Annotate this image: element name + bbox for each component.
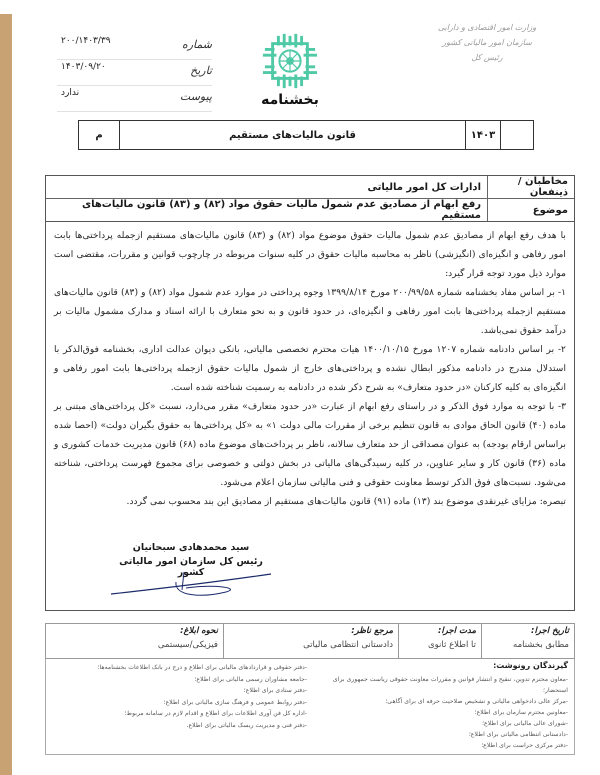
meta-number: شماره ۲۰۰/۱۴۰۳/۳۹ bbox=[57, 34, 212, 60]
meta-date: تاریخ ۱۴۰۳/۰۹/۲۰ bbox=[57, 60, 212, 86]
cc-item: -معاونین محترم سازمان برای اطلاع؛ bbox=[313, 707, 568, 718]
signer-name: سید محمدهادی سبحانیان bbox=[106, 542, 276, 553]
info-label: مدت اجرا: bbox=[404, 626, 476, 636]
meta-value: ۲۰۰/۱۴۰۳/۳۹ bbox=[61, 36, 111, 46]
body-note: تبصره: مزایای غیرنقدی موضوع بند (۱۳) ماد… bbox=[54, 492, 566, 511]
meta-attachment: پیوست ندارد bbox=[57, 86, 212, 112]
cc-item: -دفتر ستادی برای اطلاع؛ bbox=[52, 685, 307, 697]
law-bar-code: م bbox=[79, 121, 119, 149]
intamedia-tax-logo-icon bbox=[261, 32, 319, 90]
info-value: مطابق بخشنامه bbox=[487, 640, 569, 650]
cc-recipients: گیرندگان رونوشت: -معاون محترم تدوین، تنق… bbox=[45, 659, 575, 755]
info-cell-duration: مدت اجرا: تا اطلاع ثانوی bbox=[398, 624, 481, 658]
circular-document: وزارت امور اقتصادی و دارایی سازمان امور … bbox=[12, 0, 600, 775]
cc-item: -دفتر مرکزی حراست برای اطلاع؛ bbox=[313, 740, 568, 751]
cc-item: -معاون محترم تدوین، تنقیح و انتشار قوانی… bbox=[313, 674, 568, 696]
meta-value: ندارد bbox=[61, 88, 79, 98]
cc-item: -دفتر روابط عمومی و فرهنگ سازی مالیاتی ب… bbox=[52, 697, 307, 709]
info-label: نحوه ابلاغ: bbox=[51, 626, 218, 636]
body-item-3: ۳- با توجه به موارد فوق الذکر و در راستا… bbox=[54, 397, 566, 492]
law-bar-title: قانون مالیات‌های مستقیم bbox=[119, 121, 465, 149]
body-item-1: ۱- بر اساس مفاد بخشنامه شماره ۲۰۰/۹۹/۵۸ … bbox=[54, 283, 566, 340]
cc-list-left: -دفتر حقوقی و قراردادهای مالیاتی برای اط… bbox=[52, 662, 307, 731]
execution-info-table: تاریخ اجرا: مطابق بخشنامه مدت اجرا: تا ا… bbox=[45, 623, 575, 659]
info-cell-supervisor: مرجع ناظر: دادستانی انتظامی مالیاتی bbox=[223, 624, 398, 658]
body-intro: با هدف رفع ابهام از مصادیق عدم شمول مالی… bbox=[54, 226, 566, 283]
subject-value: رفع ابهام از مصادیق عدم شمول مالیات حقوق… bbox=[46, 199, 487, 221]
letterhead-line: وزارت امور اقتصادی و دارایی bbox=[422, 20, 552, 35]
document-meta: شماره ۲۰۰/۱۴۰۳/۳۹ تاریخ ۱۴۰۳/۰۹/۲۰ پیوست… bbox=[57, 34, 212, 112]
cc-item: -دادستانی انتظامی مالیاتی برای اطلاع؛ bbox=[313, 729, 568, 740]
letterhead-line: سازمان امور مالیاتی کشور bbox=[422, 35, 552, 50]
cc-item: -اداره کل فن آوری اطلاعات برای اطلاع و ا… bbox=[52, 708, 307, 720]
cc-list-right: -معاون محترم تدوین، تنقیح و انتشار قوانی… bbox=[313, 674, 568, 751]
info-value: فیزیکی/سیستمی bbox=[51, 640, 218, 650]
circular-body-frame: مخاطبان / ذینفعان ادارات کل امور مالیاتی… bbox=[45, 175, 575, 611]
recipients-row: مخاطبان / ذینفعان ادارات کل امور مالیاتی bbox=[46, 176, 574, 199]
law-title-bar: ۱۴۰۳ قانون مالیات‌های مستقیم م bbox=[78, 120, 534, 150]
law-bar-year: ۱۴۰۳ bbox=[465, 121, 500, 149]
cc-title: گیرندگان رونوشت: bbox=[493, 661, 568, 670]
ministry-letterhead: وزارت امور اقتصادی و دارایی سازمان امور … bbox=[422, 20, 552, 65]
subject-label: موضوع bbox=[487, 199, 574, 221]
meta-value: ۱۴۰۳/۰۹/۲۰ bbox=[61, 62, 106, 72]
meta-label: تاریخ bbox=[190, 64, 212, 77]
body-item-2: ۲- بر اساس دادنامه شماره ۱۲۰۷ مورخ ۱۴۰۰/… bbox=[54, 340, 566, 397]
letterhead-line: رئیس کل bbox=[422, 50, 552, 65]
info-value: تا اطلاع ثانوی bbox=[404, 640, 476, 650]
info-label: تاریخ اجرا: bbox=[487, 626, 569, 636]
cc-item: -شورای عالی مالیاتی برای اطلاع؛ bbox=[313, 718, 568, 729]
meta-label: شماره bbox=[182, 38, 212, 51]
info-cell-exec-date: تاریخ اجرا: مطابق بخشنامه bbox=[481, 624, 574, 658]
document-type-title: بخشنامه bbox=[254, 92, 326, 108]
meta-label: پیوست bbox=[180, 90, 212, 103]
recipients-value: ادارات کل امور مالیاتی bbox=[46, 176, 487, 198]
law-bar-empty-cell bbox=[500, 121, 533, 149]
recipients-label: مخاطبان / ذینفعان bbox=[487, 176, 574, 198]
info-value: دادستانی انتظامی مالیاتی bbox=[229, 640, 393, 650]
body-text: با هدف رفع ابهام از مصادیق عدم شمول مالی… bbox=[46, 222, 574, 511]
cc-item: -مرکز عالی دادخواهی مالیاتی و تشخیص صلاح… bbox=[313, 696, 568, 707]
scan-edge-strip bbox=[0, 14, 12, 775]
cc-item: -دفتر فنی و مدیریت ریسک مالیاتی برای اطل… bbox=[52, 720, 307, 732]
signature-block: سید محمدهادی سبحانیان رئیس کل سازمان امو… bbox=[106, 542, 276, 598]
subject-row: موضوع رفع ابهام از مصادیق عدم شمول مالیا… bbox=[46, 199, 574, 222]
info-cell-delivery: نحوه ابلاغ: فیزیکی/سیستمی bbox=[46, 624, 223, 658]
logo-block: بخشنامه bbox=[254, 32, 326, 108]
cc-item: -جامعه مشاوران رسمی مالیاتی برای اطلاع؛ bbox=[52, 674, 307, 686]
cc-item: -دفتر حقوقی و قراردادهای مالیاتی برای اط… bbox=[52, 662, 307, 674]
info-label: مرجع ناظر: bbox=[229, 626, 393, 636]
